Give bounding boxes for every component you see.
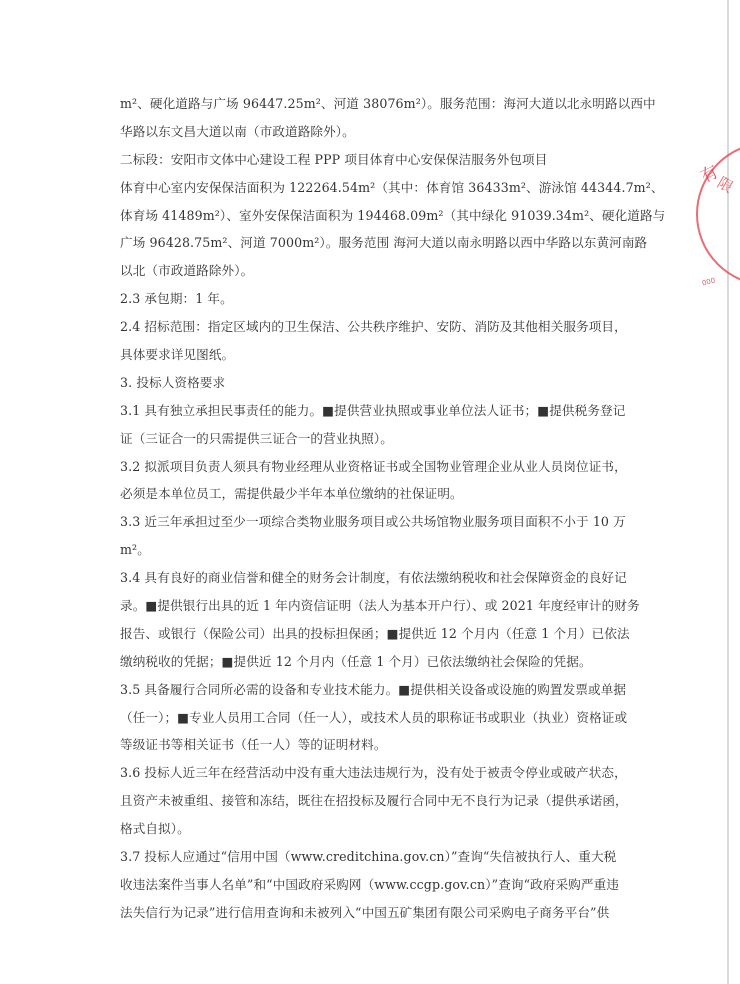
clause-3-2: 3.2 拟派项目负责人须具有物业经理从业资格证书或全国物业管理企业从业人员岗位证… xyxy=(120,453,612,481)
stamp-digits: 000 xyxy=(701,276,716,287)
text-line: 华路以东文昌大道以南（市政道路除外）。 xyxy=(120,118,612,146)
text-line: 收违法案件当事人名单”和“中国政府采购网（www.ccgp.gov.cn）”查询… xyxy=(120,871,612,899)
text-line: 具体要求详见图纸。 xyxy=(120,341,612,369)
text-line: 必须是本单位员工，需提供最少半年本单位缴纳的社保证明。 xyxy=(120,480,612,508)
clause-2-4: 2.4 招标范围：指定区域内的卫生保洁、公共秩序维护、安防、消防及其他相关服务项… xyxy=(120,313,612,341)
clause-3-3: 3.3 近三年承担过至少一项综合类物业服务项目或公共场馆物业服务项目面积不小于 … xyxy=(120,508,612,536)
text-line: 以北（市政道路除外）。 xyxy=(120,257,612,285)
clause-3-7: 3.7 投标人应通过“信用中国（www.creditchina.gov.cn）”… xyxy=(120,843,612,871)
red-seal-stamp: 有 限 000 xyxy=(690,140,740,290)
clause-2-3: 2.3 承包期：1 年。 xyxy=(120,285,612,313)
text-line: 报告、或银行（保险公司）出具的投标担保函；■提供近 12 个月内（任意 1 个月… xyxy=(120,620,612,648)
text-line: m²。 xyxy=(120,536,612,564)
text-line: 且资产未被重组、接管和冻结，既往在招投标及履行合同中无不良行为记录（提供承诺函， xyxy=(120,787,612,815)
text-line: m²、硬化道路与广场 96447.25m²、河道 38076m²）。服务范围：海… xyxy=(120,90,612,118)
text-line: 体育场 41489m²）、室外安保保洁面积为 194468.09m²（其中绿化 … xyxy=(120,202,612,230)
clause-3-1: 3.1 具有独立承担民事责任的能力。■提供营业执照或事业单位法人证书；■提供税务… xyxy=(120,397,612,425)
text-line: 等级证书等相关证书（任一人）等的证明材料。 xyxy=(120,731,612,759)
text-line: 广场 96428.75m²、河道 7000m²）。服务范围 海河大道以南永明路以… xyxy=(120,229,612,257)
text-line: 证（三证合一的只需提供三证合一的营业执照）。 xyxy=(120,425,612,453)
text-line: 法失信行为记录”进行信用查询和未被列入“中国五矿集团有限公司采购电子商务平台”供 xyxy=(120,899,612,927)
text-line: 体育中心室内安保保洁面积为 122264.54m²（其中：体育馆 36433m²… xyxy=(120,174,612,202)
text-line: 格式自拟）。 xyxy=(120,815,612,843)
section-heading: 3. 投标人资格要求 xyxy=(120,369,612,397)
text-line: 缴纳税收的凭据；■提供近 12 个月内（任意 1 个月）已依法缴纳社会保险的凭据… xyxy=(120,648,612,676)
clause-3-4: 3.4 具有良好的商业信誉和健全的财务会计制度，有依法缴纳税收和社会保障资金的良… xyxy=(120,564,612,592)
clause-3-5: 3.5 具备履行合同所必需的设备和专业技术能力。■提供相关设备或设施的购置发票或… xyxy=(120,676,612,704)
text-line: 录。■提供银行出具的近 1 年内资信证明（法人为基本开户行）、或 2021 年度… xyxy=(120,592,612,620)
section-heading: 二标段：安阳市文体中心建设工程 PPP 项目体育中心安保保洁服务外包项目 xyxy=(120,146,612,174)
clause-3-6: 3.6 投标人近三年在经营活动中没有重大违法违规行为，没有处于被责令停业或破产状… xyxy=(120,759,612,787)
text-line: （任一）；■专业人员用工合同（任一人），或技术人员的职称证书或职业（执业）资格证… xyxy=(120,704,612,732)
document-body: m²、硬化道路与广场 96447.25m²、河道 38076m²）。服务范围：海… xyxy=(120,90,612,927)
